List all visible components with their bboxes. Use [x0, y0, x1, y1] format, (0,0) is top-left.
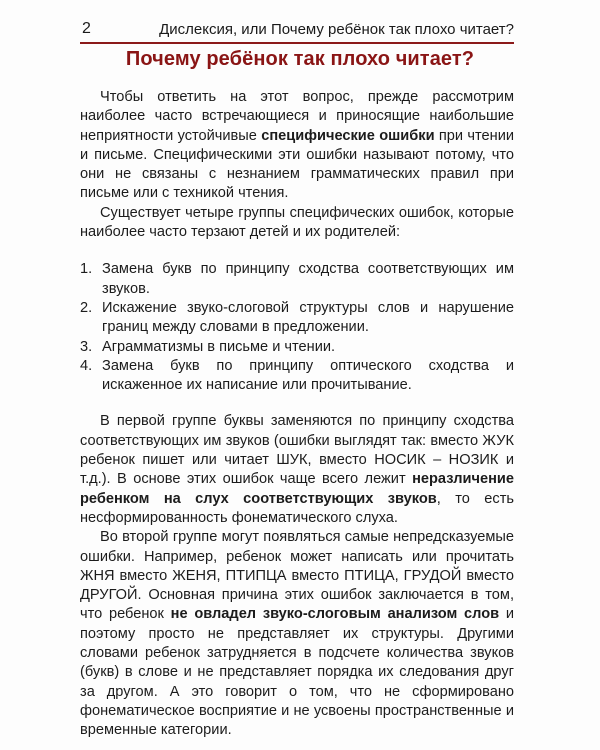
list-item: 2.Искажение звуко-слоговой структуры сло… [80, 299, 514, 338]
list-item-text: Замена букв по принципу оптического сход… [102, 358, 514, 393]
list-number: 4. [80, 357, 92, 376]
body-text: Чтобы ответить на этот вопрос, прежде ра… [80, 88, 514, 741]
text-run: и поэтому просто не представляет их стру… [80, 606, 514, 738]
list-number: 2. [80, 299, 92, 318]
list-item: 3.Аграмматизмы в письме и чтении. [80, 338, 514, 357]
error-groups-list: 1.Замена букв по принципу сходства соотв… [80, 260, 514, 395]
book-page: 2 Дислексия, или Почему ребёнок так плох… [0, 0, 600, 750]
groups-intro-paragraph: Существует четыре группы специфических о… [80, 204, 514, 243]
list-number: 3. [80, 338, 92, 357]
page-title: Почему ребёнок так плохо читает? [0, 48, 600, 71]
emphasis-text: специфические ошибки [261, 128, 434, 144]
emphasis-text: не овладел звуко-слоговым анализом слов [171, 606, 499, 622]
list-item-text: Замена букв по принципу сходства соответ… [102, 261, 514, 296]
page-number: 2 [82, 20, 91, 38]
running-title: Дислексия, или Почему ребёнок так плохо … [159, 21, 514, 38]
group2-paragraph: Во второй группе могут появляться самые … [80, 528, 514, 740]
list-item: 4.Замена букв по принципу оптического сх… [80, 357, 514, 396]
running-header: 2 Дислексия, или Почему ребёнок так плох… [82, 14, 514, 38]
intro-paragraph: Чтобы ответить на этот вопрос, прежде ра… [80, 88, 514, 204]
list-item-text: Аграмматизмы в письме и чтении. [102, 339, 335, 355]
header-rule [80, 42, 514, 44]
group1-paragraph: В первой группе буквы заменяются по прин… [80, 412, 514, 528]
list-item: 1.Замена букв по принципу сходства соотв… [80, 260, 514, 299]
list-number: 1. [80, 260, 92, 279]
list-item-text: Искажение звуко-слоговой структуры слов … [102, 300, 514, 335]
